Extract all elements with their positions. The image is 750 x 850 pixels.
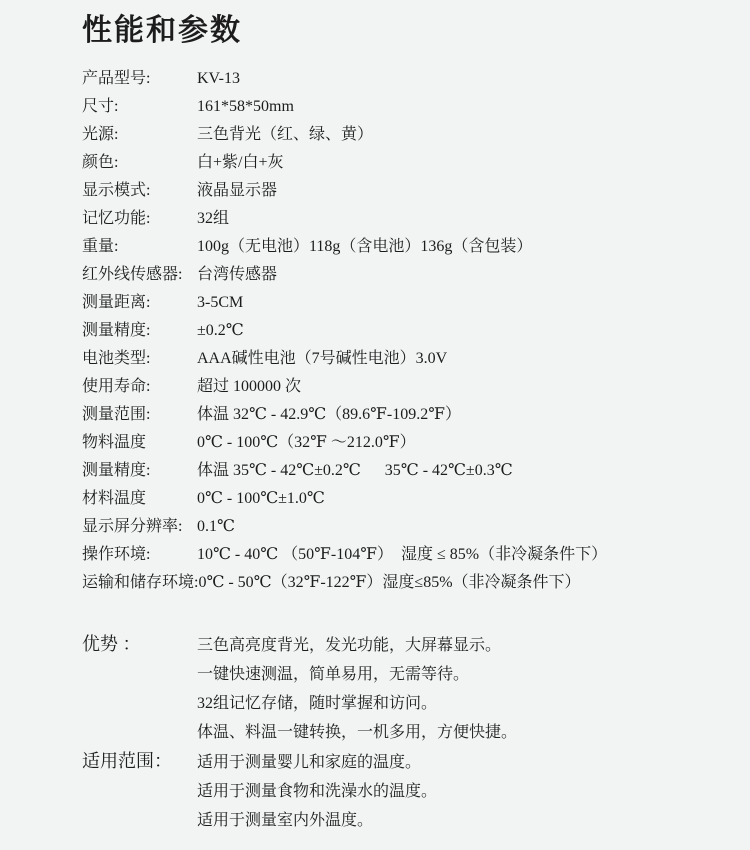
spec-row: 光源:三色背光（红、绿、黄） xyxy=(82,121,702,149)
feature-row: 体温、料温一键转换，一机多用，方便快捷。 xyxy=(82,718,702,747)
spec-row: 颜色:白+紫/白+灰 xyxy=(82,149,702,177)
spec-value: 3-5CM xyxy=(197,289,702,317)
spec-value: 32组 xyxy=(197,205,702,233)
section-item: 体温、料温一键转换，一机多用，方便快捷。 xyxy=(197,718,702,747)
spec-value: 0℃ - 100℃±1.0℃ xyxy=(197,485,702,513)
section-item: 适用于测量婴儿和家庭的温度。 xyxy=(197,748,702,777)
spec-value: 0℃ - 100℃（32℉ ～212.0℉） xyxy=(197,429,702,457)
spec-row: 操作环境:10℃ - 40℃ （50℉-104℉） 湿度 ≤ 85%（非冷凝条件… xyxy=(82,541,702,569)
spec-value: 白+紫/白+灰 xyxy=(197,149,702,177)
spec-label: 测量范围: xyxy=(82,401,197,429)
spec-row: 测量精度:体温 35℃ - 42℃±0.2℃ 35℃ - 42℃±0.3℃ xyxy=(82,457,702,485)
feature-row: 适用于测量室内外温度。 xyxy=(82,806,702,835)
spec-value: 体温 35℃ - 42℃±0.2℃ 35℃ - 42℃±0.3℃ xyxy=(197,457,702,485)
spec-label: 操作环境: xyxy=(82,541,197,569)
spec-value: 液晶显示器 xyxy=(197,177,702,205)
spec-value: ±0.2℃ xyxy=(197,317,702,345)
spec-row: 测量范围:体温 32℃ - 42.9℃（89.6℉-109.2℉） xyxy=(82,401,702,429)
spec-row: 红外线传感器:台湾传感器 xyxy=(82,261,702,289)
feature-row: 32组记忆存储，随时掌握和访问。 xyxy=(82,689,702,718)
spec-label: 产品型号: xyxy=(82,65,197,93)
spec-row: 测量距离:3-5CM xyxy=(82,289,702,317)
spec-label: 尺寸: xyxy=(82,93,197,121)
spec-label: 测量精度: xyxy=(82,317,197,345)
section-item: 32组记忆存储，随时掌握和访问。 xyxy=(197,689,702,718)
spec-label: 运输和储存环境: xyxy=(82,569,198,597)
section-item: 适用于测量室内外温度。 xyxy=(197,806,702,835)
spec-label: 测量距离: xyxy=(82,289,197,317)
spec-sheet: 性能和参数 产品型号:KV-13尺寸:161*58*50mm光源:三色背光（红、… xyxy=(0,0,750,850)
spec-label: 显示模式: xyxy=(82,177,197,205)
spec-row: 运输和储存环境:0℃ - 50℃（32℉-122℉）湿度≤85%（非冷凝条件下） xyxy=(82,569,702,597)
spec-value: KV-13 xyxy=(197,65,702,93)
spec-label: 红外线传感器: xyxy=(82,261,197,289)
spec-label: 物料温度 xyxy=(82,429,197,457)
spec-row: 重量:100g（无电池）118g（含电池）136g（含包装） xyxy=(82,233,702,261)
section-item: 适用于测量食物和洗澡水的温度。 xyxy=(197,777,702,806)
spec-value: 三色背光（红、绿、黄） xyxy=(197,121,702,149)
spec-value: 161*58*50mm xyxy=(197,93,702,121)
section-item: 三色高亮度背光，发光功能，大屏幕显示。 xyxy=(197,631,702,660)
spec-row: 显示模式:液晶显示器 xyxy=(82,177,702,205)
spec-row: 测量精度:±0.2℃ xyxy=(82,317,702,345)
spec-label: 材料温度 xyxy=(82,485,197,513)
spec-value: 超过 100000 次 xyxy=(197,373,702,401)
spec-label: 测量精度: xyxy=(82,457,197,485)
spec-label: 光源: xyxy=(82,121,197,149)
section-item: 一键快速测温，简单易用，无需等待。 xyxy=(197,660,702,689)
spec-value: 0℃ - 50℃（32℉-122℉）湿度≤85%（非冷凝条件下） xyxy=(198,569,702,597)
section-label: 适用范围： xyxy=(82,747,197,776)
spec-row: 记忆功能:32组 xyxy=(82,205,702,233)
spec-label: 显示屏分辨率: xyxy=(82,513,197,541)
spec-value: AAA碱性电池（7号碱性电池）3.0V xyxy=(197,345,702,373)
spec-row: 材料温度0℃ - 100℃±1.0℃ xyxy=(82,485,702,513)
feature-row: 适用于测量食物和洗澡水的温度。 xyxy=(82,777,702,806)
feature-row: 适用范围：适用于测量婴儿和家庭的温度。 xyxy=(82,747,702,777)
feature-sections: 优势 ：三色高亮度背光，发光功能，大屏幕显示。一键快速测温，简单易用，无需等待。… xyxy=(82,630,702,835)
spec-label: 重量: xyxy=(82,233,197,261)
spec-row: 物料温度0℃ - 100℃（32℉ ～212.0℉） xyxy=(82,429,702,457)
feature-row: 一键快速测温，简单易用，无需等待。 xyxy=(82,660,702,689)
spec-value: 10℃ - 40℃ （50℉-104℉） 湿度 ≤ 85%（非冷凝条件下） xyxy=(197,541,702,569)
spec-value: 0.1℃ xyxy=(197,513,702,541)
spec-label: 使用寿命: xyxy=(82,373,197,401)
section-label: 优势 ： xyxy=(82,630,197,659)
spec-row: 产品型号:KV-13 xyxy=(82,65,702,93)
spec-label: 电池类型: xyxy=(82,345,197,373)
spec-list: 产品型号:KV-13尺寸:161*58*50mm光源:三色背光（红、绿、黄）颜色… xyxy=(82,65,702,597)
feature-row: 优势 ：三色高亮度背光，发光功能，大屏幕显示。 xyxy=(82,630,702,660)
page-title: 性能和参数 xyxy=(82,12,702,50)
spec-label: 颜色: xyxy=(82,149,197,177)
spec-row: 显示屏分辨率:0.1℃ xyxy=(82,513,702,541)
spec-row: 尺寸:161*58*50mm xyxy=(82,93,702,121)
spec-row: 使用寿命:超过 100000 次 xyxy=(82,373,702,401)
spec-value: 体温 32℃ - 42.9℃（89.6℉-109.2℉） xyxy=(197,401,702,429)
spec-value: 台湾传感器 xyxy=(197,261,702,289)
spec-value: 100g（无电池）118g（含电池）136g（含包装） xyxy=(197,233,702,261)
spec-label: 记忆功能: xyxy=(82,205,197,233)
spec-row: 电池类型:AAA碱性电池（7号碱性电池）3.0V xyxy=(82,345,702,373)
